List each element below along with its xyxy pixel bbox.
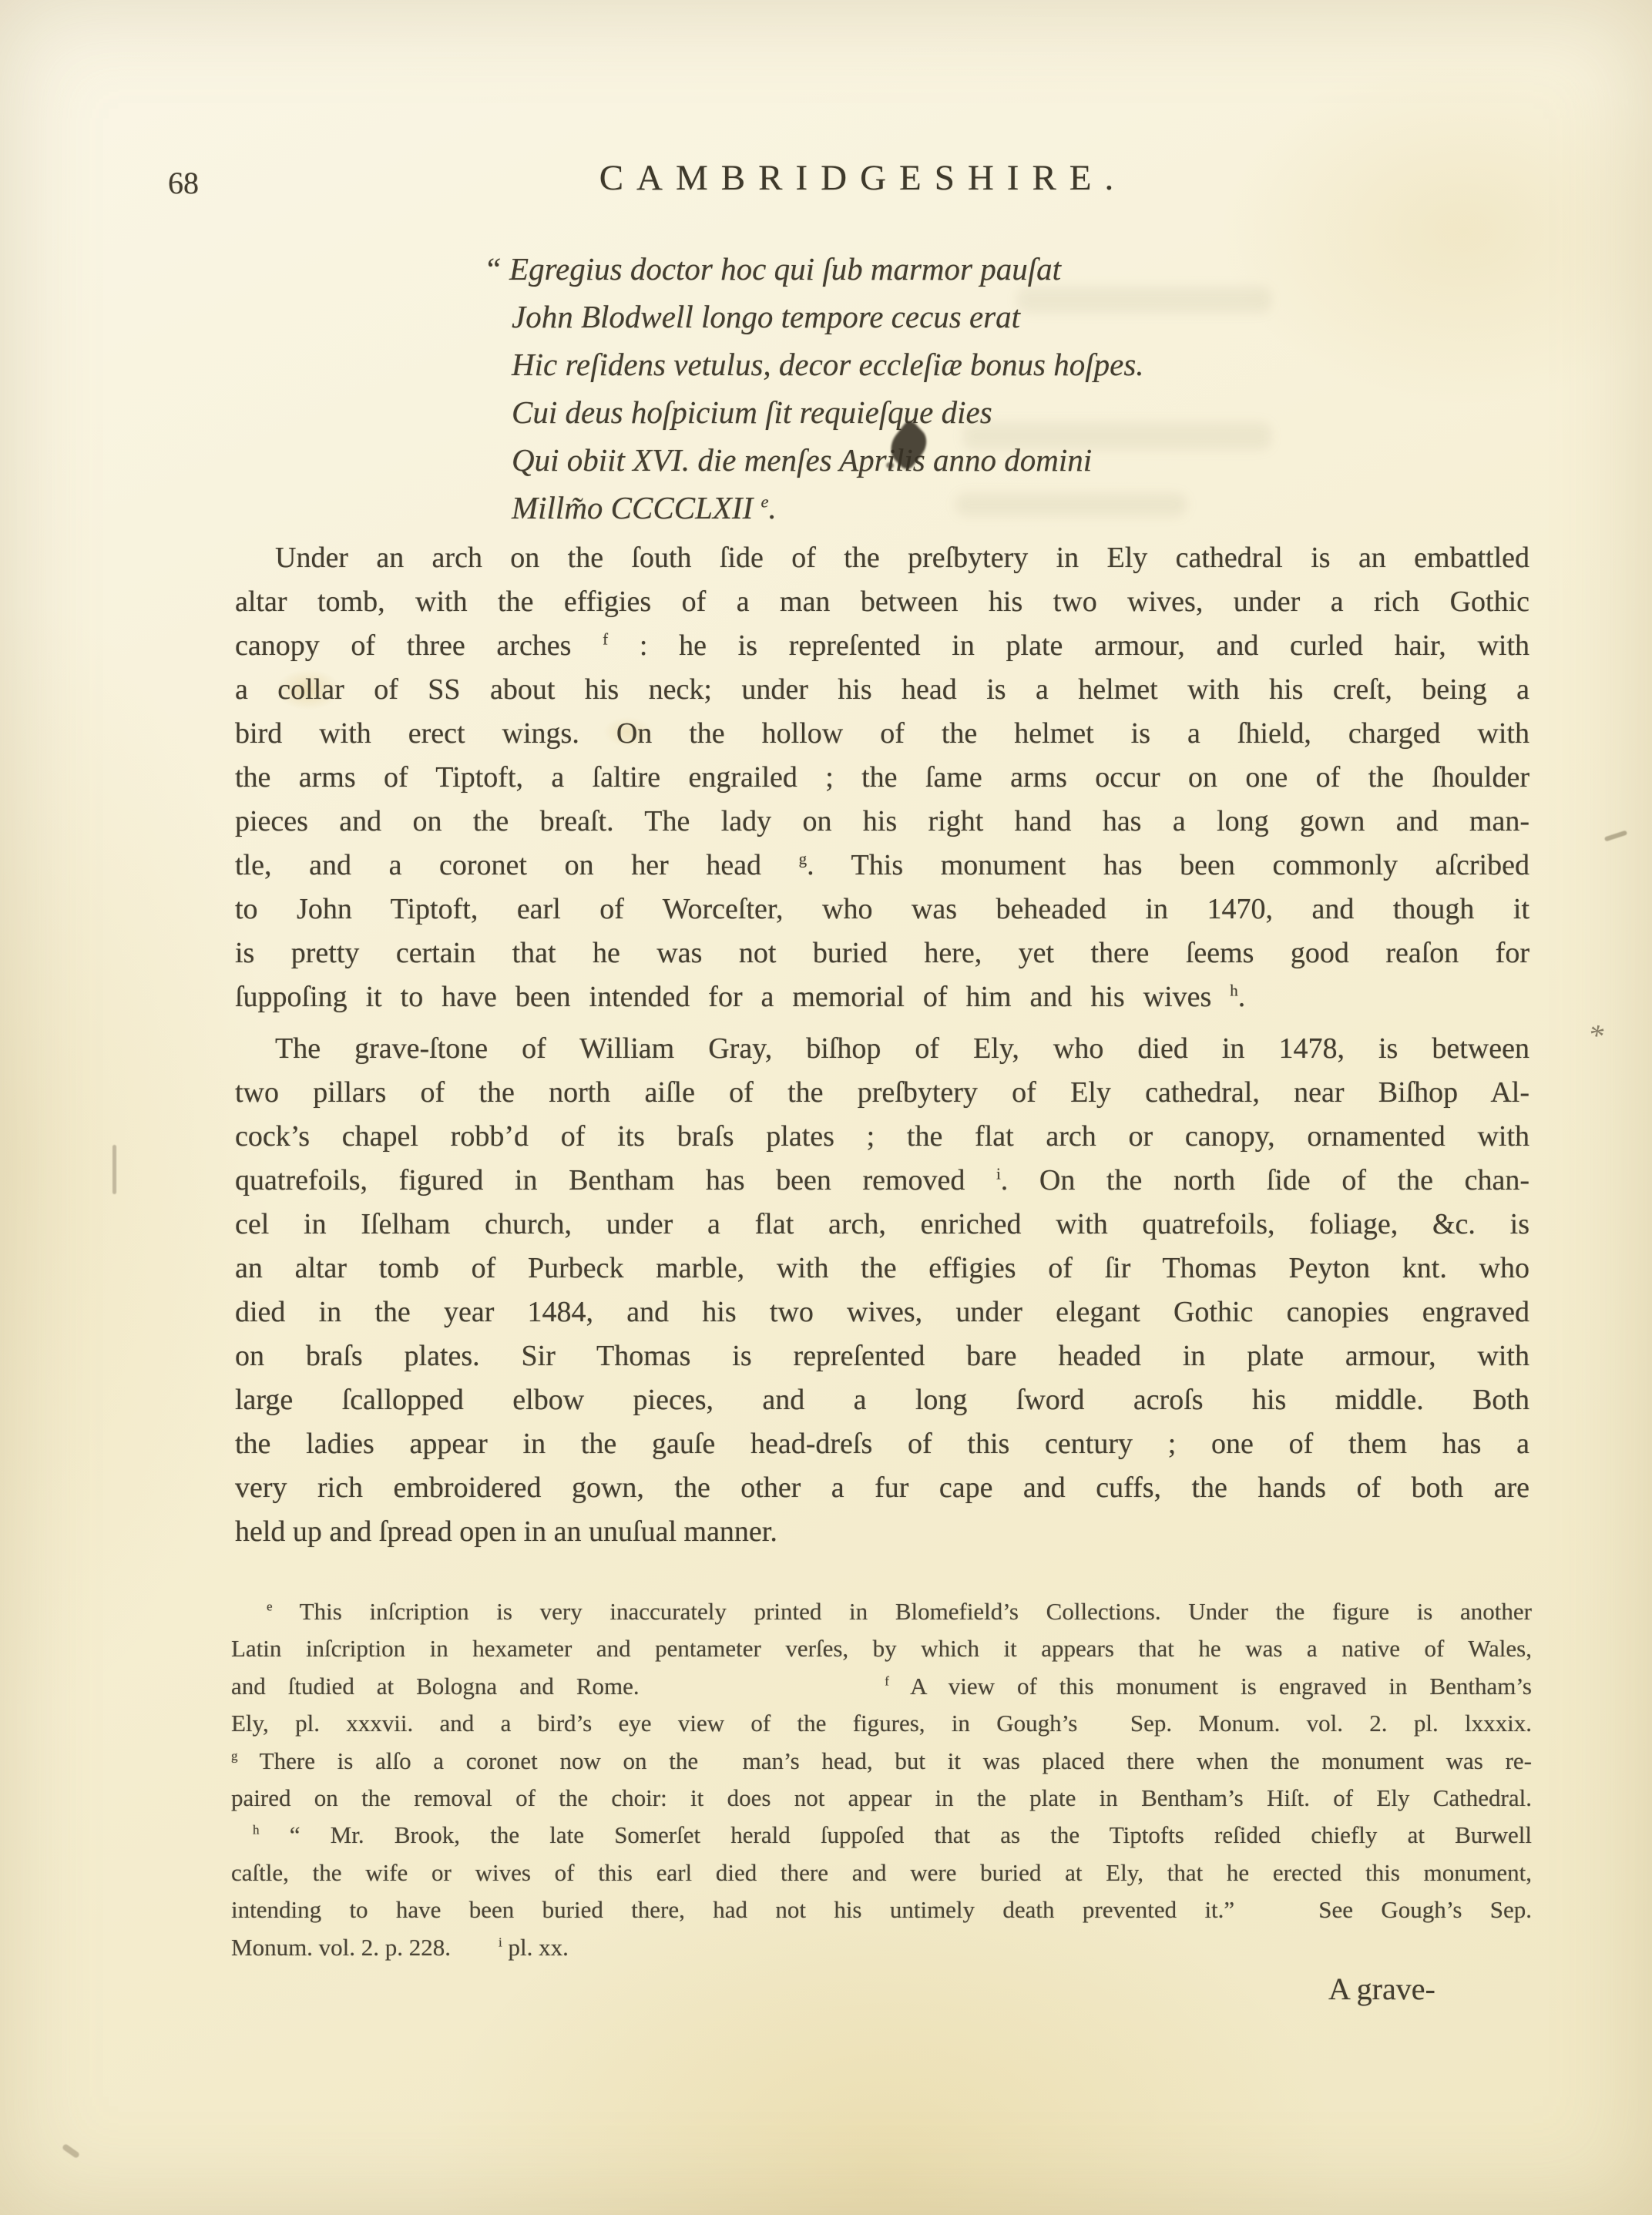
body-line: a collar of SS about his neck; under his…: [235, 668, 1529, 712]
footnotes-block: e This inſcription is very inaccurately …: [231, 1593, 1532, 1966]
footnote-line: intending to have been buried there, had…: [231, 1891, 1532, 1928]
footnote-line: e This inſcription is very inaccurately …: [231, 1593, 1532, 1630]
body-line: to John Tiptoft, earl of Worceſter, who …: [235, 888, 1529, 931]
body-line: the arms of Tiptoft, a ſaltire engrailed…: [235, 756, 1529, 800]
running-header: CAMBRIDGESHIRE.: [431, 157, 1294, 199]
body-line: cock’s chapel robb’d of its braſs plates…: [235, 1115, 1529, 1159]
footnote-line: Monum. vol. 2. p. 228. i pl. xx.: [231, 1929, 1532, 1966]
body-line: died in the year 1484, and his two wives…: [235, 1290, 1529, 1334]
body-line: cel in Iſelham church, under a flat arch…: [235, 1203, 1529, 1247]
footnote-line: Ely, pl. xxxvii. and a bird’s eye view o…: [231, 1705, 1532, 1742]
footnote-line: h “ Mr. Brook, the late Somerſet herald …: [231, 1817, 1532, 1854]
body-line: bird with erect wings. On the hollow of …: [235, 712, 1529, 756]
body-line: is pretty certain that he was not buried…: [235, 931, 1529, 975]
body-line: an altar tomb of Purbeck marble, with th…: [235, 1247, 1529, 1290]
footnote-line: paired on the removal of the choir: it d…: [231, 1780, 1532, 1817]
footnote-line: Latin inſcription in hexameter and penta…: [231, 1630, 1532, 1667]
verse-line: “ Egregius doctor hoc qui ſub marmor pau…: [484, 245, 1331, 293]
body-line: held up and ſpread open in an unuſual ma…: [235, 1510, 1529, 1554]
margin-dash-mark: [1604, 831, 1627, 842]
body-line: the ladies appear in the gauſe head-dreſ…: [235, 1422, 1529, 1466]
margin-asterisk-mark: *: [1585, 1015, 1607, 1054]
ink-speck: [886, 462, 894, 468]
show-through-smudge: [955, 493, 1187, 516]
body-line: very rich embroidered gown, the other a …: [235, 1466, 1529, 1510]
body-line: tle, and a coronet on her head g. This m…: [235, 844, 1529, 888]
show-through-smudge: [1017, 287, 1271, 313]
show-through-smudge: [963, 422, 1271, 450]
body-line: large ſcallopped elbow pieces, and a lon…: [235, 1378, 1529, 1422]
book-page-scan: 68 CAMBRIDGESHIRE. “ Egregius doctor hoc…: [0, 0, 1652, 2215]
paragraph-tiptoft-monument: Under an arch on the ſouth ſide of the p…: [235, 536, 1529, 1019]
body-line: altar tomb, with the effigies of a man b…: [235, 580, 1529, 624]
body-line: pieces and on the breaſt. The lady on hi…: [235, 800, 1529, 844]
body-line: canopy of three arches f : he is repreſe…: [235, 624, 1529, 668]
footnote-line: caſtle, the wife or wives of this earl d…: [231, 1854, 1532, 1891]
catchword: A grave-: [1328, 1971, 1435, 2007]
scan-edge-artifact: [112, 1145, 116, 1194]
body-line: two pillars of the north aiſle of the pr…: [235, 1071, 1529, 1115]
verse-line: Millm̃o CCCCLXII e.: [484, 484, 1331, 532]
corner-pen-mark: [62, 2143, 80, 2159]
paragraph-gray-peyton-tombs: The grave-ſtone of William Gray, biſhop …: [235, 1027, 1529, 1554]
body-line: quatrefoils, figured in Bentham has been…: [235, 1159, 1529, 1203]
page-number: 68: [168, 165, 199, 201]
verse-line: Hic reſidens vetulus, decor eccleſiæ bon…: [484, 341, 1331, 388]
body-line: Under an arch on the ſouth ſide of the p…: [235, 536, 1529, 580]
body-line: on braſs plates. Sir Thomas is repreſent…: [235, 1334, 1529, 1378]
body-line: The grave-ſtone of William Gray, biſhop …: [235, 1027, 1529, 1071]
footnote-line: g There is alſo a coronet now on the man…: [231, 1743, 1532, 1780]
footnote-line: and ſtudied at Bologna and Rome. f A vie…: [231, 1668, 1532, 1705]
body-line: ſuppoſing it to have been intended for a…: [235, 975, 1529, 1019]
